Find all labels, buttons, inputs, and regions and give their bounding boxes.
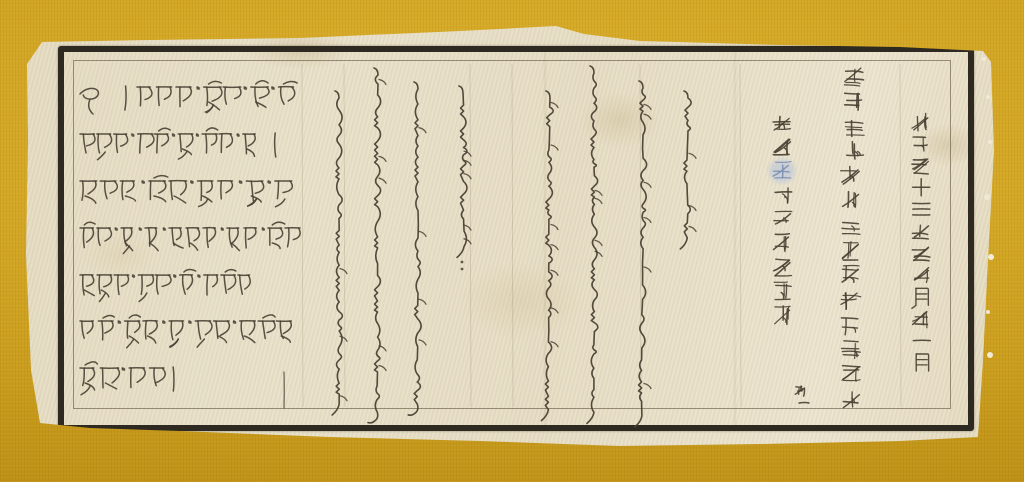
mongolian-script-column <box>368 68 386 423</box>
manchu-script-column <box>587 66 602 423</box>
tibetan-line <box>80 176 292 207</box>
photograph: 乾隆四十三年閏六月初一日 欽命章嘉胡土克圖認看供奉利益 畫像陽體威羅瓦金剛 右一… <box>0 0 1024 482</box>
tibetan-line <box>80 81 297 114</box>
handwritten-script-layer <box>0 0 1024 482</box>
manchu-script-column <box>541 91 558 421</box>
tibetan-line <box>80 222 300 253</box>
tibetan-line <box>80 362 174 395</box>
chinese-column-image-title <box>769 116 795 324</box>
mongolian-script-column <box>457 86 471 270</box>
manchu-script-column <box>680 91 696 249</box>
mongolian-script-column <box>408 82 426 415</box>
tibetan-line <box>80 315 291 348</box>
tibetan-line <box>80 128 276 160</box>
ruled-column-lines <box>302 64 901 407</box>
manchu-script-column <box>635 81 651 427</box>
tibetan-line <box>80 269 250 301</box>
chinese-side-note <box>795 386 809 403</box>
chinese-column-imperial-decree <box>841 68 865 408</box>
chinese-column-date <box>912 113 930 371</box>
